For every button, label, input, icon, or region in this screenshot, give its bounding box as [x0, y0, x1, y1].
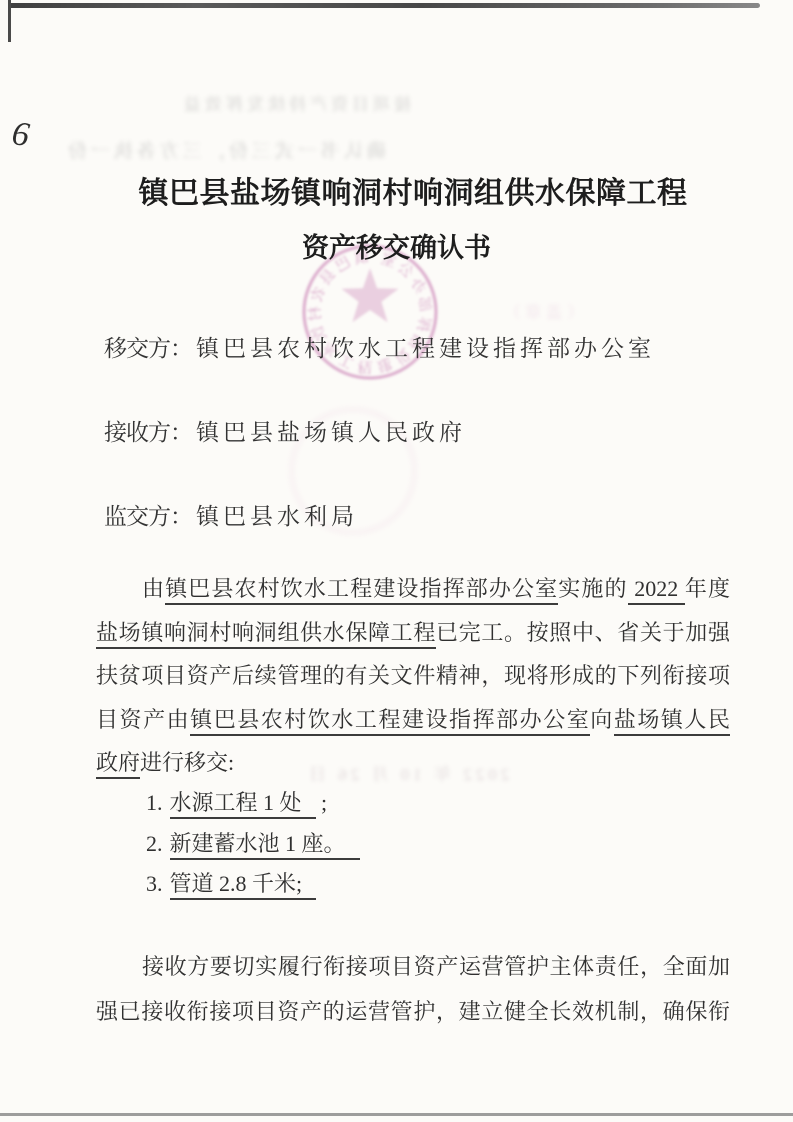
- text-segment: 由: [142, 576, 165, 601]
- party-row-transferor: 移交方： 镇巴县农村饮水工程建设指挥部办公室: [104, 330, 655, 363]
- text-segment: 进行移交:: [140, 750, 234, 775]
- document-title-line1: 镇巴县盐场镇响洞村响洞组供水保障工程: [96, 168, 730, 212]
- bleedthrough-text-middle: 2022 年 10 月 26 日: [305, 760, 509, 785]
- underlined-text-segment: 盐场镇人民: [614, 707, 730, 736]
- party-value: 镇巴县盐场镇人民政府: [196, 414, 466, 447]
- text-segment: 实施的: [558, 576, 627, 601]
- text-line: 目资产由镇巴县农村饮水工程建设指挥部办公室向盐场镇人民: [96, 698, 730, 742]
- handwritten-page-number: 6: [9, 115, 31, 155]
- asset-list-item: 3.管道 2.8 千米;: [146, 864, 360, 905]
- body-paragraph-2: 接收方要切实履行衔接项目资产运营管护主体责任，全面加强已接收衔接项目资产的运营管…: [96, 944, 730, 1034]
- asset-list: 1.水源工程 1 处 ;2.新建蓄水池 1 座。3.管道 2.8 千米;: [146, 783, 360, 905]
- party-row-supervisor: 监交方： 镇巴县水利局: [104, 498, 358, 531]
- list-item-number: 1.: [146, 790, 163, 815]
- underlined-text-segment: 镇巴县农村饮水工程建设指挥部办公室: [190, 707, 590, 736]
- text-line: 扶贫项目资产后续管理的有关文件精神，现将形成的下列衔接项: [96, 654, 730, 698]
- party-value: 镇巴县农村饮水工程建设指挥部办公室: [196, 330, 655, 363]
- bleedthrough-text-top-2: 确认书一式三份，三方各执一份: [64, 136, 386, 163]
- party-label: 移交方：: [104, 330, 192, 363]
- text-line: 强已接收衔接项目资产的运营管护，建立健全长效机制，确保衔: [96, 989, 730, 1034]
- seal-star-icon: [342, 268, 399, 322]
- body-paragraph-1: 由镇巴县农村饮水工程建设指挥部办公室实施的 2022 年度盐场镇响洞村响洞组供水…: [96, 567, 730, 785]
- asset-list-item: 1.水源工程 1 处 ;: [146, 783, 360, 824]
- list-item-number: 2.: [146, 831, 163, 856]
- text-segment: 扶贫项目资产后续管理的有关文件精神，现将形成的下列衔接项: [96, 663, 730, 688]
- text-segment: 向: [590, 707, 614, 732]
- text-line: 由镇巴县农村饮水工程建设指挥部办公室实施的 2022 年度: [96, 567, 730, 611]
- asset-list-item: 2.新建蓄水池 1 座。: [146, 824, 360, 865]
- text-segment: 接收方要切实履行衔接项目资产运营管护主体责任，全面加: [142, 954, 730, 979]
- list-item-suffix: ;: [316, 790, 328, 815]
- party-label: 监交方：: [104, 498, 192, 531]
- list-item-text: 水源工程 1 处: [170, 790, 316, 819]
- party-row-recipient: 接收方： 镇巴县盐场镇人民政府: [104, 414, 466, 447]
- bleedthrough-text-right-of-seal: （盖章）: [500, 298, 584, 323]
- scan-edge-artifact-top: [8, 3, 760, 8]
- scan-edge-artifact-corner: [8, 0, 11, 42]
- text-segment: 强已接收衔接项目资产的运营管护，建立健全长效机制，确保衔: [96, 999, 730, 1024]
- party-value: 镇巴县水利局: [196, 498, 358, 531]
- text-segment: 已完工。按照中、省关于加强: [436, 620, 730, 645]
- underlined-text-segment: 政府: [96, 750, 140, 779]
- underlined-text-segment: 镇巴县农村饮水工程建设指挥部办公室: [165, 576, 558, 605]
- scan-edge-artifact-bottom: [0, 1113, 793, 1116]
- text-segment: 目资产由: [96, 707, 190, 732]
- scanned-document-page: 接项目资产持续发挥效益 确认书一式三份，三方各执一份 6 镇巴县农村饮水工程建设…: [0, 0, 793, 1122]
- bleedthrough-text-top-1: 接项目资产持续发挥效益: [180, 90, 411, 115]
- list-item-text: 新建蓄水池 1 座。: [170, 831, 360, 860]
- list-item-number: 3.: [146, 871, 163, 896]
- text-segment: 年度: [685, 576, 730, 601]
- list-item-text: 管道 2.8 千米;: [170, 871, 317, 900]
- underlined-text-segment: 盐场镇响洞村响洞组供水保障工程: [96, 620, 436, 649]
- text-line: 盐场镇响洞村响洞组供水保障工程已完工。按照中、省关于加强: [96, 611, 730, 655]
- text-line: 接收方要切实履行衔接项目资产运营管护主体责任，全面加: [96, 944, 730, 989]
- document-title-line2: 资产移交确认书: [0, 226, 793, 265]
- underlined-text-segment: 2022: [628, 576, 685, 605]
- party-label: 接收方：: [104, 414, 192, 447]
